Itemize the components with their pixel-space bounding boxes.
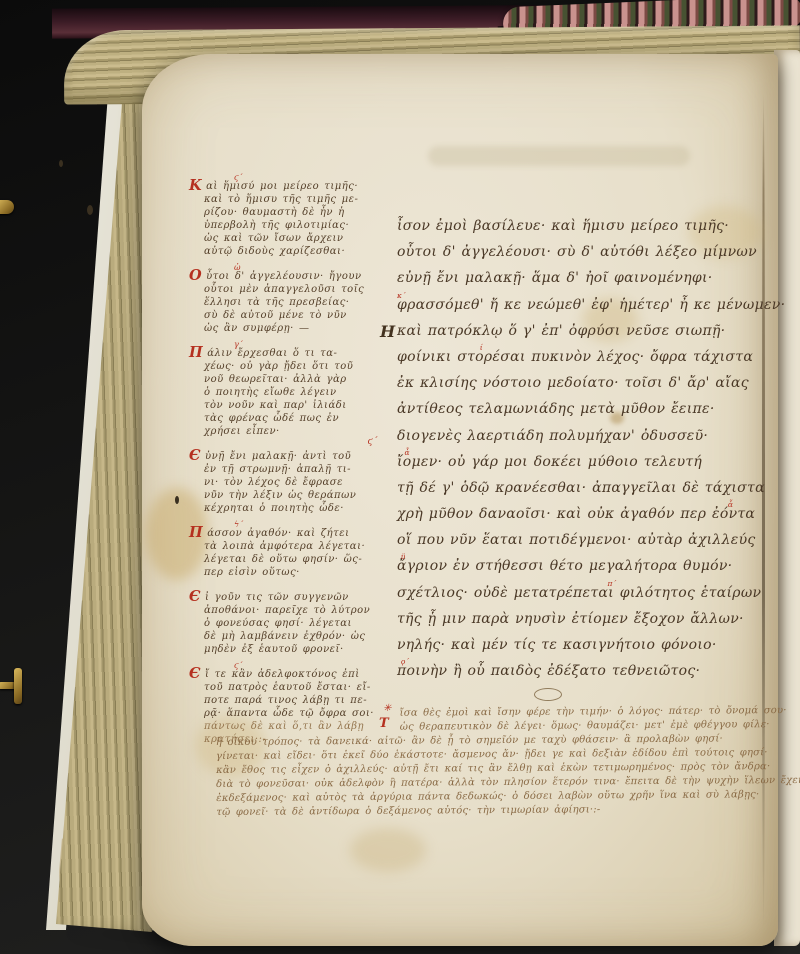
scholion-line: ὡς ἂν συμφέρῃ· — bbox=[204, 322, 402, 335]
scholion-line: αὐτῷ διδοὺς χαρίζεσθαι· bbox=[204, 245, 402, 258]
main-text-line: ἐκ κλισίης νόστοιο μεδοίατο· τοῖσι δ' ἄρ… bbox=[397, 375, 773, 401]
scholion-line: ὁ ποιητὴς εἴωθε λέγειν bbox=[204, 386, 402, 399]
verse-text: οἵ που νῦν ἕαται ποτιδέγμενοι· αὐτὰρ ἀχι… bbox=[397, 532, 756, 548]
main-text-line: ϙ΄ποινὴν ἢ οὗ παιδὸς ἐδέξατο τεθνειῶτος· bbox=[397, 663, 773, 689]
scholion-initial: Π bbox=[189, 347, 203, 359]
scholion-line: ἀποθάνοι· παρεῖχε τὸ λύτρον bbox=[204, 604, 402, 617]
scholion-line: ἐν τῇ στρωμνῇ· ἁπαλῇ τι- bbox=[204, 463, 402, 476]
main-text-line: ϋἄγριον ἐν στήθεσσι θέτο μεγαλήτορα θυμό… bbox=[397, 558, 773, 584]
interlinear-gloss: ἆ bbox=[405, 448, 410, 457]
scholion-initial: Ο bbox=[189, 270, 202, 282]
scholion-initial: Є bbox=[189, 450, 201, 462]
scholion-line: ὡς καὶ τῶν ἴσων ἄρχειν bbox=[204, 232, 402, 245]
scholia-column: ϛ΄ Κ αὶ ἥμισύ μοι μείρεο τιμῆς· καὶ τὸ ἥ… bbox=[204, 180, 402, 758]
main-text-line: ἆχρὴ μῦθον δαναοῖσι· καὶ οὐκ ἀγαθόν περ … bbox=[397, 506, 773, 532]
scholion-line: τὸν νοῦν καὶ παρ' ἰλιάδι bbox=[204, 399, 402, 412]
clasp-pin-lower-bar bbox=[14, 668, 22, 704]
verse-text: καὶ πατρόκλῳ ὅ γ' ἐπ' ὀφρύσι νεῦσε σιωπῇ… bbox=[397, 323, 725, 339]
scholion-line: ρίζου· θαυμαστὴ δὲ ἦν ἡ bbox=[204, 206, 402, 219]
scholion-line: νι· τὸν λέχος δὲ ἔφρασε bbox=[204, 476, 402, 489]
main-text-line: τῇ δέ γ' ὁδῷ κρανέεσθαι· ἀπαγγεῖλαι δὲ τ… bbox=[397, 480, 773, 506]
interlinear-gloss: ϙ΄ bbox=[401, 657, 409, 666]
scholion-line: ὑπερβολὴ τῆς φιλοτιμίας· bbox=[204, 219, 402, 232]
verse-text: φρασσόμεθ' ἤ κε νεώμεθ' ἐφ' ἡμέτερ' ἦ κε… bbox=[397, 297, 785, 313]
main-text-line: ἀντίθεος τελαμωνιάδης μετὰ μῦθον ἔειπε· bbox=[397, 401, 773, 427]
main-text-line: νηλής· καὶ μέν τίς τε κασιγνήτοιο φόνοιο… bbox=[397, 637, 773, 663]
verse-text: τῆς ᾗ μιν παρὰ νηυσὶν ἐτίομεν ἔξοχον ἄλλ… bbox=[397, 611, 744, 627]
scholion-block: ὡ Ο ὗτοι δ' ἀγγελέουσιν· ἤγουν οὗτοι μὲν… bbox=[204, 270, 402, 335]
rubric-mark: γ΄ bbox=[234, 338, 243, 351]
scholion-block: Є ἰ γοῦν τις τῶν συγγενῶν ἀποθάνοι· παρε… bbox=[204, 591, 402, 656]
rubric-mark: ϟ΄ bbox=[234, 518, 243, 531]
scholion-line: χέως· οὐ γὰρ ᾔδει ὅτι τοῦ bbox=[204, 360, 402, 373]
main-text-line: ἶσον ἐμοὶ βασίλευε· καὶ ἥμισυ μείρεο τιμ… bbox=[397, 218, 773, 244]
rubric-mark: ὡ bbox=[234, 261, 241, 274]
main-text-line: ἆἴομεν· οὐ γάρ μοι δοκέει μύθοιο τελευτή bbox=[397, 454, 773, 480]
scholion-line: ὁ φονεύσας φησί· λέγεται bbox=[204, 617, 402, 630]
verse-text: ἄγριον ἐν στήθεσσι θέτο μεγαλήτορα θυμόν… bbox=[397, 558, 732, 574]
verse-text: νηλής· καὶ μέν τίς τε κασιγνήτοιο φόνοιο… bbox=[397, 637, 717, 653]
verse-text: χρὴ μῦθον δαναοῖσι· καὶ οὐκ ἀγαθόν περ ἐ… bbox=[397, 506, 755, 522]
main-text-line: ίφοίνικι στορέσαι πυκινὸν λέχος· ὄφρα τά… bbox=[397, 349, 773, 375]
scholion-initial: Κ bbox=[189, 180, 202, 192]
scholion-line: λέγεται δὲ οὕτω φησίν· ὥς- bbox=[204, 553, 402, 566]
bottom-annotation: ἴσα θὲς ἐμοὶ καὶ ἴσην φέρε τὴν τιμήν· ὁ … bbox=[216, 704, 797, 820]
main-text-line: π΄σχέτλιος· οὐδὲ μετατρέπεται φιλότητος … bbox=[397, 585, 773, 611]
scholion-line: μηδὲν ἐξ ἑαυτοῦ φρονεῖ· bbox=[204, 643, 402, 656]
ink-speck bbox=[175, 496, 179, 504]
ink-showthrough bbox=[428, 146, 690, 166]
verse-text: διογενὲς λαερτιάδη πολυμήχαν' ὀδυσσεῦ· bbox=[397, 428, 708, 444]
ink-speck bbox=[87, 205, 93, 215]
scholion-initial: Є bbox=[189, 591, 201, 603]
verse-text: ἀντίθεος τελαμωνιάδης μετὰ μῦθον ἔειπε· bbox=[397, 401, 715, 417]
interlinear-gloss: ἆ bbox=[728, 500, 733, 509]
scholion-line: νοῦ θεωρεῖται· ἀλλὰ γὰρ bbox=[204, 373, 402, 386]
scholion-line: τοῦ πατρὸς ἑαυτοῦ ἔσται· εἴ- bbox=[204, 681, 402, 694]
scholion-initial: Π bbox=[189, 527, 203, 539]
scholion-block: γ΄ ϛ΄ Π άλιν ἔρχεσθαι ὅ τι τα- χέως· οὐ … bbox=[204, 347, 402, 438]
scholion-line: τὰς φρένας ὧδέ πως ἐν bbox=[204, 412, 402, 425]
main-text-line: καὶ πατρόκλῳ ὅ γ' ἐπ' ὀφρύσι νεῦσε σιωπῇ… bbox=[397, 323, 773, 349]
verse-text: ἐκ κλισίης νόστοιο μεδοίατο· τοῖσι δ' ἄρ… bbox=[397, 375, 749, 391]
scholion-line: ἕλλησι τὰ τῆς πρεσβείας· bbox=[204, 296, 402, 309]
scholion-line: κέχρηται ὁ ποιητὴς ὧδε· bbox=[204, 502, 402, 515]
stain bbox=[350, 828, 426, 872]
verse-text: ἶσον ἐμοὶ βασίλευε· καὶ ἥμισυ μείρεο τιμ… bbox=[397, 218, 729, 234]
clasp-pin-upper bbox=[0, 200, 14, 214]
verse-text: ποινὴν ἢ οὗ παιδὸς ἐδέξατο τεθνειῶτος· bbox=[397, 663, 700, 679]
main-text-line: κ΄φρασσόμεθ' ἤ κε νεώμεθ' ἐφ' ἡμέτερ' ἦ … bbox=[397, 297, 773, 323]
verse-text: σχέτλιος· οὐδὲ μετατρέπεται φιλότητος ἑτ… bbox=[397, 585, 761, 601]
scholion-line: σὺ δὲ αὐτοῦ μένε τὸ νῦν bbox=[204, 309, 402, 322]
scholion-line: ὐνῇ ἔνι μαλακῇ· ἀντὶ τοῦ bbox=[204, 450, 402, 463]
verse-text: τῇ δέ γ' ὁδῷ κρανέεσθαι· ἀπαγγεῖλαι δὲ τ… bbox=[397, 480, 765, 496]
scholion-line: περ εἰσὶν οὕτως· bbox=[204, 566, 402, 579]
main-text-line: διογενὲς λαερτιάδη πολυμήχαν' ὀδυσσεῦ· bbox=[397, 428, 773, 454]
scholion-initial: Є bbox=[189, 668, 201, 680]
main-text-line: οὗτοι δ' ἀγγελέουσι· σὺ δ' αὐτόθι λέξεο … bbox=[397, 244, 773, 270]
scholion-line: οὗτοι μὲν ἀπαγγελοῦσι τοῖς bbox=[204, 283, 402, 296]
interlinear-gloss: ϋ bbox=[401, 552, 406, 561]
rubric-mark: ϛ΄ bbox=[234, 659, 242, 672]
main-text-line: εὐνῇ ἔνι μαλακῇ· ἅμα δ' ἠοῖ φαινομένηφι· bbox=[397, 270, 773, 296]
rubric-mark: ϛ΄ bbox=[367, 436, 378, 449]
scholion-line: δὲ μὴ λαμβάνειν ἐχθρόν· ὡς bbox=[204, 630, 402, 643]
section-divider-ornament bbox=[534, 688, 562, 701]
verse-text: οὗτοι δ' ἀγγελέουσι· σὺ δ' αὐτόθι λέξεο … bbox=[397, 244, 757, 260]
verse-text: εὐνῇ ἔνι μαλακῇ· ἅμα δ' ἠοῖ φαινομένηφι· bbox=[397, 270, 713, 286]
interlinear-gloss: ί bbox=[480, 343, 483, 352]
scholion-line: καὶ τὸ ἥμισυ τῆς τιμῆς με- bbox=[204, 193, 402, 206]
scholion-block: ϟ΄ Π άσσον ἀγαθόν· καὶ ζήτει τὰ λοιπὰ ἀμ… bbox=[204, 527, 402, 579]
ink-speck bbox=[59, 160, 63, 167]
main-text-line: οἵ που νῦν ἕαται ποτιδέγμενοι· αὐτὰρ ἀχι… bbox=[397, 532, 773, 558]
main-text-line: τῆς ᾗ μιν παρὰ νηυσὶν ἐτίομεν ἔξοχον ἄλλ… bbox=[397, 611, 773, 637]
main-text-column: Η ἶσον ἐμοὶ βασίλευε· καὶ ἥμισυ μείρεο τ… bbox=[397, 218, 773, 689]
scholion-block: Є ὐνῇ ἔνι μαλακῇ· ἀντὶ τοῦ ἐν τῇ στρωμνῇ… bbox=[204, 450, 402, 515]
verse-text: φοίνικι στορέσαι πυκινὸν λέχος· ὄφρα τάχ… bbox=[397, 349, 753, 365]
verse-text: ἴομεν· οὐ γάρ μοι δοκέει μύθοιο τελευτή bbox=[397, 454, 702, 470]
scholion-line: ἰ γοῦν τις τῶν συγγενῶν bbox=[204, 591, 402, 604]
scholion-line: νῦν τὴν λέξιν ὡς θεράπων bbox=[204, 489, 402, 502]
interlinear-gloss: π΄ bbox=[608, 579, 617, 588]
scholion-block: ϛ΄ Κ αὶ ἥμισύ μοι μείρεο τιμῆς· καὶ τὸ ἥ… bbox=[204, 180, 402, 258]
scholion-line: τὰ λοιπὰ ἀμφότερα λέγεται· bbox=[204, 540, 402, 553]
rubric-mark: ϛ΄ bbox=[234, 171, 242, 184]
marginal-initial: Η bbox=[380, 322, 395, 341]
scholion-line: ποτε παρά τινος λάβῃ τι πε- bbox=[204, 694, 402, 707]
interlinear-gloss: κ΄ bbox=[397, 291, 406, 300]
